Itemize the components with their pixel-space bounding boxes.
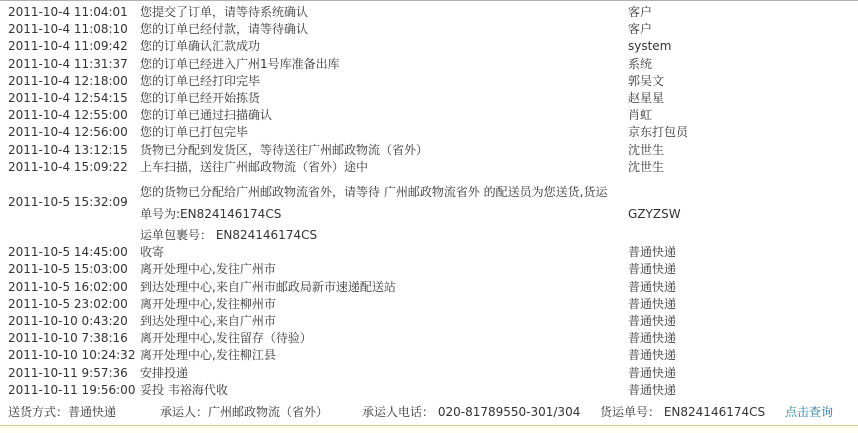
row-operator: 沈世生 — [628, 159, 858, 176]
row-description: 货物已分配到发货区，等待送往广州邮政物流（省外） — [140, 142, 628, 159]
row-time: 2011-10-5 15:32:09 — [0, 194, 140, 211]
row-time: 2011-10-4 11:08:10 — [0, 21, 140, 38]
row-description: 您的订单已打包完毕 — [140, 124, 628, 141]
waybill-label: 货运单号： — [600, 405, 660, 419]
row-time: 2011-10-4 12:55:00 — [0, 107, 140, 124]
table-row: 2011-10-10 10:24:32 离开处理中心,发往柳江县 普通快递 — [0, 347, 858, 364]
row-description: 您的订单已通过扫描确认 — [140, 107, 628, 124]
row-description-line1: 安排投递 — [140, 365, 628, 382]
table-row: 2011-10-4 12:56:00 您的订单已打包完毕 京东打包员 — [0, 124, 858, 141]
row-description-line1: 您的订单已经打印完毕 — [140, 73, 628, 90]
table-row: 2011-10-10 7:38:16 离开处理中心,发往留存（待验） 普通快递 — [0, 330, 858, 347]
row-operator: 普通快递 — [628, 296, 858, 313]
row-operator: 赵星星 — [628, 90, 858, 107]
row-operator: GZYZSW — [628, 203, 858, 225]
row-description: 收寄 — [140, 244, 628, 261]
row-time: 2011-10-4 12:54:15 — [0, 90, 140, 107]
carrier-label: 承运人： — [160, 405, 208, 419]
row-time: 2011-10-5 16:02:00 — [0, 279, 140, 296]
row-description: 您提交了订单，请等待系统确认 — [140, 4, 628, 21]
table-row: 2011-10-4 13:12:15 货物已分配到发货区，等待送往广州邮政物流（… — [0, 142, 858, 159]
row-description-line1: 您的订单已打包完毕 — [140, 124, 628, 141]
row-time: 2011-10-10 0:43:20 — [0, 313, 140, 330]
row-description-line1: 货物已分配到发货区，等待送往广州邮政物流（省外） — [140, 142, 628, 159]
row-description-line1: 离开处理中心,发往广州市 — [140, 261, 628, 278]
track-query-link[interactable]: 点击查询 — [785, 400, 833, 425]
row-time: 2011-10-11 19:56:00 — [0, 382, 140, 399]
row-description-line1: 妥投 韦裕海代收 — [140, 382, 628, 399]
row-operator: 普通快递 — [628, 347, 858, 364]
row-time: 2011-10-4 13:12:15 — [0, 142, 140, 159]
row-time: 2011-10-10 10:24:32 — [0, 347, 140, 364]
row-description: 您的订单已经打印完毕 — [140, 73, 628, 90]
row-description: 您的货物已分配给广州邮政物流省外，请等待 广州邮政物流省外 的配送员为您送货,货… — [140, 181, 628, 225]
shipping-info-bar: 送货方式：普通快递 承运人：广州邮政物流（省外） 承运人电话： 020-8178… — [0, 400, 858, 425]
table-row: 2011-10-4 15:09:22 上车扫描，送往广州邮政物流（省外）途中 沈… — [0, 159, 858, 176]
row-time: 2011-10-4 11:04:01 — [0, 4, 140, 21]
table-row: 2011-10-4 12:54:15 您的订单已经开始拣货 赵星星 — [0, 90, 858, 107]
row-description: 离开处理中心,发往留存（待验） — [140, 330, 628, 347]
row-description-line1: 离开处理中心,发往柳州市 — [140, 296, 628, 313]
row-description-line1: 您的订单已通过扫描确认 — [140, 107, 628, 124]
row-description: 离开处理中心,发往柳州市 — [140, 296, 628, 313]
row-operator: 客户 — [628, 21, 858, 38]
row-description-line1: 运单包裹号： EN824146174CS — [140, 227, 628, 244]
row-time: 2011-10-4 11:31:37 — [0, 56, 140, 73]
row-time: 2011-10-5 14:45:00 — [0, 244, 140, 261]
row-description: 安排投递 — [140, 365, 628, 382]
table-row: 2011-10-10 0:43:20 到达处理中心,来自广州市 普通快递 — [0, 313, 858, 330]
row-description-line1: 您的货物已分配给广州邮政物流省外，请等待 广州邮政物流省外 的配送员为您送货,货… — [140, 181, 628, 203]
row-time: 2011-10-10 7:38:16 — [0, 330, 140, 347]
table-row: 2011-10-4 12:55:00 您的订单已通过扫描确认 肖虹 — [0, 107, 858, 124]
row-operator — [628, 227, 858, 244]
row-time: 2011-10-4 12:18:00 — [0, 73, 140, 90]
table-row: 2011-10-5 14:45:00 收寄 普通快递 — [0, 244, 858, 261]
row-description: 您的订单已经进入广州1号库准备出库 — [140, 56, 628, 73]
table-row: 2011-10-11 19:56:00 妥投 韦裕海代收 普通快递 — [0, 382, 858, 399]
order-tracking-panel: 2011-10-4 11:04:01 您提交了订单，请等待系统确认 客户 201… — [0, 0, 858, 433]
row-operator: 普通快递 — [628, 244, 858, 261]
row-operator: 普通快递 — [628, 313, 858, 330]
carrier-phone-label: 承运人电话： — [362, 405, 434, 419]
row-description: 妥投 韦裕海代收 — [140, 382, 628, 399]
row-operator: 沈世生 — [628, 142, 858, 159]
table-row: 2011-10-5 16:02:00 到达处理中心,来自广州市邮政局新市速递配送… — [0, 279, 858, 296]
row-operator: 普通快递 — [628, 382, 858, 399]
bottom-band — [0, 425, 858, 433]
row-time: 2011-10-5 15:03:00 — [0, 261, 140, 278]
waybill-number: 货运单号： EN824146174CS — [600, 400, 765, 425]
row-operator: 客户 — [628, 4, 858, 21]
carrier: 承运人：广州邮政物流（省外） — [160, 400, 328, 425]
table-row: 2011-10-5 23:02:00 离开处理中心,发往柳州市 普通快递 — [0, 296, 858, 313]
row-description: 离开处理中心,发往柳江县 — [140, 347, 628, 364]
row-time: 2011-10-5 23:02:00 — [0, 296, 140, 313]
row-operator: 普通快递 — [628, 261, 858, 278]
row-description: 到达处理中心,来自广州市邮政局新市速递配送站 — [140, 279, 628, 296]
row-description-line1: 到达处理中心,来自广州市 — [140, 313, 628, 330]
carrier-phone-value: 020-81789550-301/304 — [438, 405, 581, 419]
table-row: 2011-10-4 11:04:01 您提交了订单，请等待系统确认 客户 — [0, 4, 858, 21]
row-description-line1: 您提交了订单，请等待系统确认 — [140, 4, 628, 21]
row-description: 您的订单确认汇款成功 — [140, 38, 628, 55]
row-description: 上车扫描，送往广州邮政物流（省外）途中 — [140, 159, 628, 176]
table-row: 2011-10-5 15:32:09 您的货物已分配给广州邮政物流省外，请等待 … — [0, 181, 858, 225]
row-operator: 普通快递 — [628, 330, 858, 347]
row-time: 2011-10-4 11:09:42 — [0, 38, 140, 55]
row-operator: system — [628, 38, 858, 55]
carrier-value: 广州邮政物流（省外） — [208, 405, 328, 419]
row-operator: 普通快递 — [628, 365, 858, 382]
row-description-line1: 离开处理中心,发往柳江县 — [140, 347, 628, 364]
row-time: 2011-10-4 15:09:22 — [0, 159, 140, 176]
row-description-line1: 您的订单确认汇款成功 — [140, 38, 628, 55]
row-description: 您的订单已经付款，请等待确认 — [140, 21, 628, 38]
row-operator: 京东打包员 — [628, 124, 858, 141]
row-description-line1: 离开处理中心,发往留存（待验） — [140, 330, 628, 347]
row-operator: 郭吴文 — [628, 73, 858, 90]
row-operator: 普通快递 — [628, 279, 858, 296]
table-row: 2011-10-4 11:08:10 您的订单已经付款，请等待确认 客户 — [0, 21, 858, 38]
carrier-phone: 承运人电话： 020-81789550-301/304 — [362, 400, 580, 425]
table-row: 运单包裹号： EN824146174CS — [0, 227, 858, 244]
waybill-value: EN824146174CS — [664, 405, 765, 419]
row-description-line2: 单号为:EN824146174CS — [140, 203, 628, 225]
row-description: 离开处理中心,发往广州市 — [140, 261, 628, 278]
row-description-line1: 上车扫描，送往广州邮政物流（省外）途中 — [140, 159, 628, 176]
row-description: 到达处理中心,来自广州市 — [140, 313, 628, 330]
tracking-table: 2011-10-4 11:04:01 您提交了订单，请等待系统确认 客户 201… — [0, 1, 858, 399]
row-description-line1: 您的订单已经进入广州1号库准备出库 — [140, 56, 628, 73]
table-row: 2011-10-5 15:03:00 离开处理中心,发往广州市 普通快递 — [0, 261, 858, 278]
delivery-method-label: 送货方式： — [8, 405, 68, 419]
row-description-line1: 您的订单已经开始拣货 — [140, 90, 628, 107]
table-row: 2011-10-11 9:57:36 安排投递 普通快递 — [0, 365, 858, 382]
row-description: 运单包裹号： EN824146174CS — [140, 227, 628, 244]
row-operator: 肖虹 — [628, 107, 858, 124]
row-time: 2011-10-11 9:57:36 — [0, 365, 140, 382]
delivery-method-value: 普通快递 — [68, 405, 116, 419]
row-time — [0, 227, 140, 244]
table-row: 2011-10-4 12:18:00 您的订单已经打印完毕 郭吴文 — [0, 73, 858, 90]
row-description-line1: 到达处理中心,来自广州市邮政局新市速递配送站 — [140, 279, 628, 296]
row-time: 2011-10-4 12:56:00 — [0, 124, 140, 141]
row-operator: 系统 — [628, 56, 858, 73]
delivery-method: 送货方式：普通快递 — [8, 400, 116, 425]
table-row: 2011-10-4 11:09:42 您的订单确认汇款成功 system — [0, 38, 858, 55]
row-description-line1: 您的订单已经付款，请等待确认 — [140, 21, 628, 38]
row-description-line1: 收寄 — [140, 244, 628, 261]
table-row: 2011-10-4 11:31:37 您的订单已经进入广州1号库准备出库 系统 — [0, 56, 858, 73]
row-description: 您的订单已经开始拣货 — [140, 90, 628, 107]
